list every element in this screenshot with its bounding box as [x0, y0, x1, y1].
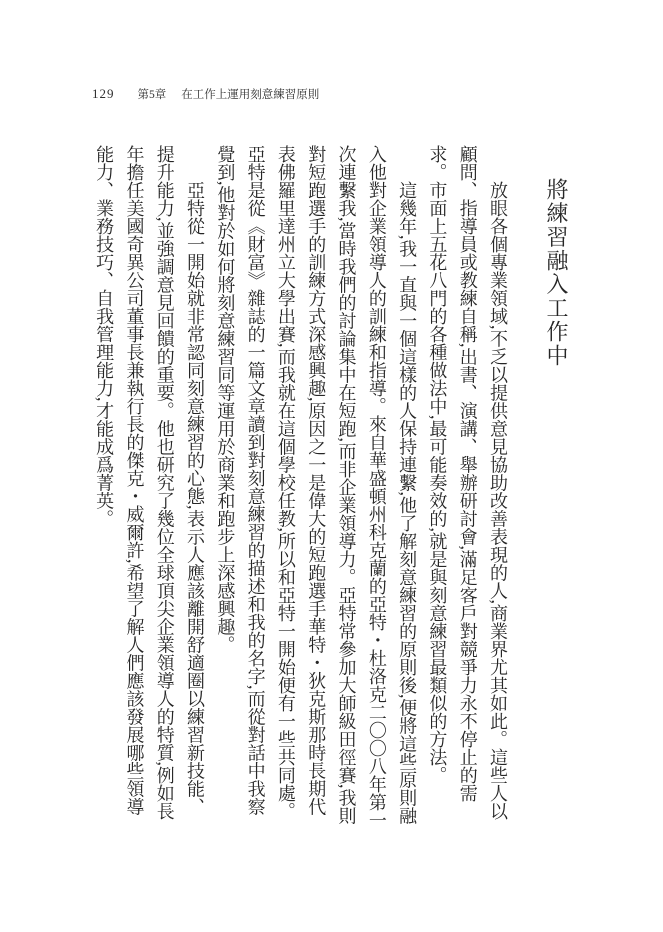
paragraph-2: 這幾年,我一直與一個這樣的人保持連繫,他了解刻意練習的原則後,便將這些原則融入他…	[210, 145, 422, 830]
paragraph-1: 放眼各個專業領域,不乏以提供意見協助改善表現的人,商業界尤其如此。這些人以顧問、…	[422, 145, 513, 830]
text-block: 將練習融入工作中 放眼各個專業領域,不乏以提供意見協助改善表現的人,商業界尤其如…	[89, 145, 567, 830]
running-head: 129 第5章 在工作上運用刻意練習原則	[92, 85, 319, 103]
paragraph-3: 亞特從一開始就非常認同刻意練習的心態,表示人應該離開舒適圈以練習新技能、提升能力…	[89, 145, 210, 830]
book-page: 129 第5章 在工作上運用刻意練習原則 將練習融入工作中 放眼各個專業領域,不…	[0, 0, 663, 932]
page-number: 129	[92, 86, 115, 102]
chapter-title: 在工作上運用刻意練習原則	[181, 86, 319, 102]
chapter-label: 第5章	[138, 86, 167, 102]
section-title: 將練習融入工作中	[545, 145, 567, 830]
